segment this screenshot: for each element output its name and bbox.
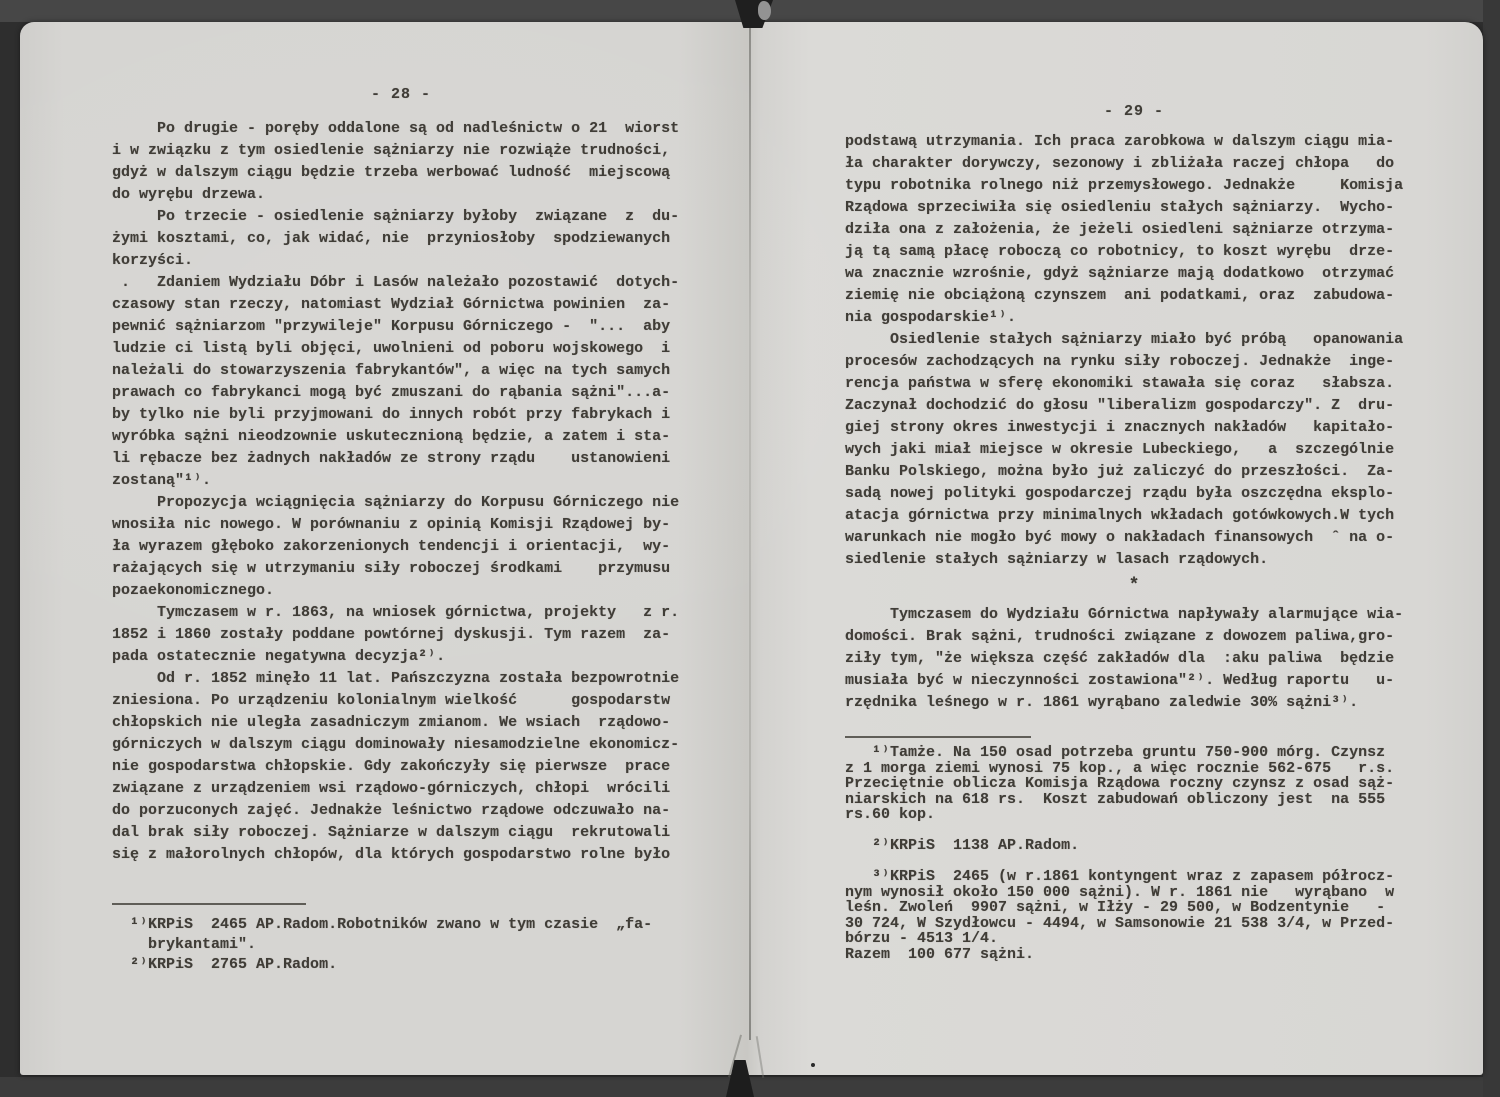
section-break-asterisk: * xyxy=(845,575,1423,597)
text-line: niarskich na 618 rs. Koszt zabudowań obl… xyxy=(845,792,1445,808)
text-line xyxy=(845,823,1445,839)
text-line: czasowy stan rzeczy, natomiast Wydział G… xyxy=(112,294,702,316)
text-line: warunkach nie mogło być mowy o nakładach… xyxy=(845,527,1435,549)
text-line: prawach co fabrykanci mogą być zmuszani … xyxy=(112,382,702,404)
text-line: zniesiona. Po urządzeniu kolonialnym wie… xyxy=(112,690,702,712)
text-line: Tymczasem do Wydziału Górnictwa napływał… xyxy=(845,604,1435,626)
text-line: pozaekonomicznego. xyxy=(112,580,702,602)
text-line: 30 724, W Szydłowcu - 4494, w Samsonowie… xyxy=(845,916,1445,932)
page-28-body: Po drugie - poręby oddalone są od nadleś… xyxy=(112,118,702,866)
page-29-footnotes: ¹⁾Tamże. Na 150 osad potrzeba gruntu 750… xyxy=(845,745,1445,962)
text-line: Tymczasem w r. 1863, na wniosek górnictw… xyxy=(112,602,702,624)
text-line: brykantami". xyxy=(112,935,712,955)
text-line: nia gospodarskie¹⁾. xyxy=(845,307,1435,329)
text-line: domości. Brak sążni, trudności związane … xyxy=(845,626,1435,648)
text-line: ludzie ci listą byli objęci, uwolnieni o… xyxy=(112,338,702,360)
page-28-footnotes: ¹⁾KRPiS 2465 AP.Radom.Robotników zwano w… xyxy=(112,915,712,975)
text-line: . Zdaniem Wydziału Dóbr i Lasów należało… xyxy=(112,272,702,294)
text-line: do porzuconych zajęć. Jednakże leśnictwo… xyxy=(112,800,702,822)
text-line: ziemię nie obciążoną czynszem ani podatk… xyxy=(845,285,1435,307)
text-line: dal brak siły roboczej. Sążniarze w dals… xyxy=(112,822,702,844)
text-line: rzędnika leśnego w r. 1861 wyrąbano zale… xyxy=(845,692,1435,714)
page-28: - 28 - Po drugie - poręby oddalone są od… xyxy=(112,22,702,1075)
text-line: Rządowa sprzeciwiła się osiedleniu stały… xyxy=(845,197,1435,219)
text-line: Propozycja wciągnięcia sążniarzy do Korp… xyxy=(112,492,702,514)
text-line: wa znacznie wzrośnie, gdyż sążniarze maj… xyxy=(845,263,1435,285)
text-line: się z małorolnych chłopów, dla których g… xyxy=(112,844,702,866)
page-number-right: - 29 - xyxy=(845,103,1423,120)
footnote-rule-right xyxy=(845,736,1031,738)
text-line: ¹⁾KRPiS 2465 AP.Radom.Robotników zwano w… xyxy=(112,915,712,935)
text-line: zostaną"¹⁾. xyxy=(112,470,702,492)
binding-crease xyxy=(749,22,751,1040)
text-line: ziły tym, "że większa część zakładów dla… xyxy=(845,648,1435,670)
text-line: chłopskich nie uległa zasadniczym zmiano… xyxy=(112,712,702,734)
text-line: rencja państwa w sferę ekonomiki stawała… xyxy=(845,373,1435,395)
text-line: Razem 100 677 sążni. xyxy=(845,947,1445,963)
text-line: podstawą utrzymania. Ich praca zarobkowa… xyxy=(845,131,1435,153)
binding-notch-highlight xyxy=(758,1,771,20)
page-number-left: - 28 - xyxy=(112,86,690,103)
book-page-spread: - 28 - Po drugie - poręby oddalone są od… xyxy=(20,22,1483,1075)
text-line: typu robotnika rolnego niż przemysłowego… xyxy=(845,175,1435,197)
text-line: żymi kosztami, co, jak widać, nie przyni… xyxy=(112,228,702,250)
text-line: pada ostatecznie negatywna decyzja²⁾. xyxy=(112,646,702,668)
text-line: z 1 morga ziemi wynosi 75 kop., a więc r… xyxy=(845,761,1445,777)
page-29-body-part2: Tymczasem do Wydziału Górnictwa napływał… xyxy=(845,604,1435,714)
text-line: ²⁾KRPiS 1138 AP.Radom. xyxy=(845,838,1445,854)
text-line: należali do stowarzyszenia fabrykantów",… xyxy=(112,360,702,382)
text-line: sadą nowej polityki gospodarczej rządu b… xyxy=(845,483,1435,505)
text-line: nym wynosił około 150 000 sążni). W r. 1… xyxy=(845,885,1445,901)
text-line: Zaczynał dochodzić do głosu "liberalizm … xyxy=(845,395,1435,417)
scanner-background-right xyxy=(1483,0,1500,1097)
text-line: wnosiła nic nowego. W porównaniu z opini… xyxy=(112,514,702,536)
text-line: by tylko nie byli przyjmowani do innych … xyxy=(112,404,702,426)
text-line: gdyż w dalszym ciągu będzie trzeba werbo… xyxy=(112,162,702,184)
text-line: ła wyrazem głęboko zakorzenionych tenden… xyxy=(112,536,702,558)
text-line: Osiedlenie stałych sążniarzy miało być p… xyxy=(845,329,1435,351)
text-line: rażających się w utrzymaniu siły robocze… xyxy=(112,558,702,580)
text-line: procesów zachodzących na rynku siły robo… xyxy=(845,351,1435,373)
text-line: Banku Polskiego, można było już zaliczyć… xyxy=(845,461,1435,483)
text-line: bórzu - 4513 1/4. xyxy=(845,931,1445,947)
footnote-rule-left xyxy=(112,903,306,905)
text-line: Po drugie - poręby oddalone są od nadleś… xyxy=(112,118,702,140)
text-line: ¹⁾Tamże. Na 150 osad potrzeba gruntu 750… xyxy=(845,745,1445,761)
text-line: giej strony okres inwestycji i znacznych… xyxy=(845,417,1435,439)
text-line: leśn. Zwoleń 9907 sążni, w Iłży - 29 500… xyxy=(845,900,1445,916)
text-line: siedlenie stałych sążniarzy w lasach rzą… xyxy=(845,549,1435,571)
text-line: atacja górnictwa przy minimalnych wkłada… xyxy=(845,505,1435,527)
text-line: rs.60 kop. xyxy=(845,807,1445,823)
text-line: związane z urządzeniem wsi rządowo-górni… xyxy=(112,778,702,800)
text-line: dziła ona z założenia, że jeżeli osiedle… xyxy=(845,219,1435,241)
text-line: nie gospodarstwa chłopskie. Gdy zakończy… xyxy=(112,756,702,778)
text-line xyxy=(845,854,1445,870)
text-line: do wyrębu drzewa. xyxy=(112,184,702,206)
scanned-book-spread: - 28 - Po drugie - poręby oddalone są od… xyxy=(0,0,1500,1097)
text-line: ją tą samą płacę roboczą co robotnicy, t… xyxy=(845,241,1435,263)
page-29-body-part1: podstawą utrzymania. Ich praca zarobkowa… xyxy=(845,131,1435,571)
text-line: wych jaki miał miejsce w okresie Lubecki… xyxy=(845,439,1435,461)
text-line: górniczych w dalszym ciągu dominowały ni… xyxy=(112,734,702,756)
text-line: korzyści. xyxy=(112,250,702,272)
text-line: ³⁾KRPiS 2465 (w r.1861 kontyngent wraz z… xyxy=(845,869,1445,885)
text-line: pewnić sążniarzom "przywileje" Korpusu G… xyxy=(112,316,702,338)
text-line: i w związku z tym osiedlenie sążniarzy n… xyxy=(112,140,702,162)
text-line: Po trzecie - osiedlenie sążniarzy byłoby… xyxy=(112,206,702,228)
text-line: musiała być w nieczynności zostawiona"²⁾… xyxy=(845,670,1435,692)
page-29: - 29 - podstawą utrzymania. Ich praca za… xyxy=(845,22,1435,1075)
ink-speck xyxy=(811,1063,815,1067)
text-line: wyróbka sążni nieodzownie uskutecznioną … xyxy=(112,426,702,448)
text-line: Od r. 1852 minęło 11 lat. Pańszczyzna zo… xyxy=(112,668,702,690)
binding-fold-shadow-right xyxy=(756,1036,764,1078)
text-line: 1852 i 1860 zostały poddane powtórnej dy… xyxy=(112,624,702,646)
text-line: li rębacze bez żadnych nakładów ze stron… xyxy=(112,448,702,470)
text-line: ła charakter dorywczy, sezonowy i zbliża… xyxy=(845,153,1435,175)
text-line: Przeciętnie oblicza Komisja Rządowa rocz… xyxy=(845,776,1445,792)
text-line: ²⁾KRPiS 2765 AP.Radom. xyxy=(112,955,712,975)
